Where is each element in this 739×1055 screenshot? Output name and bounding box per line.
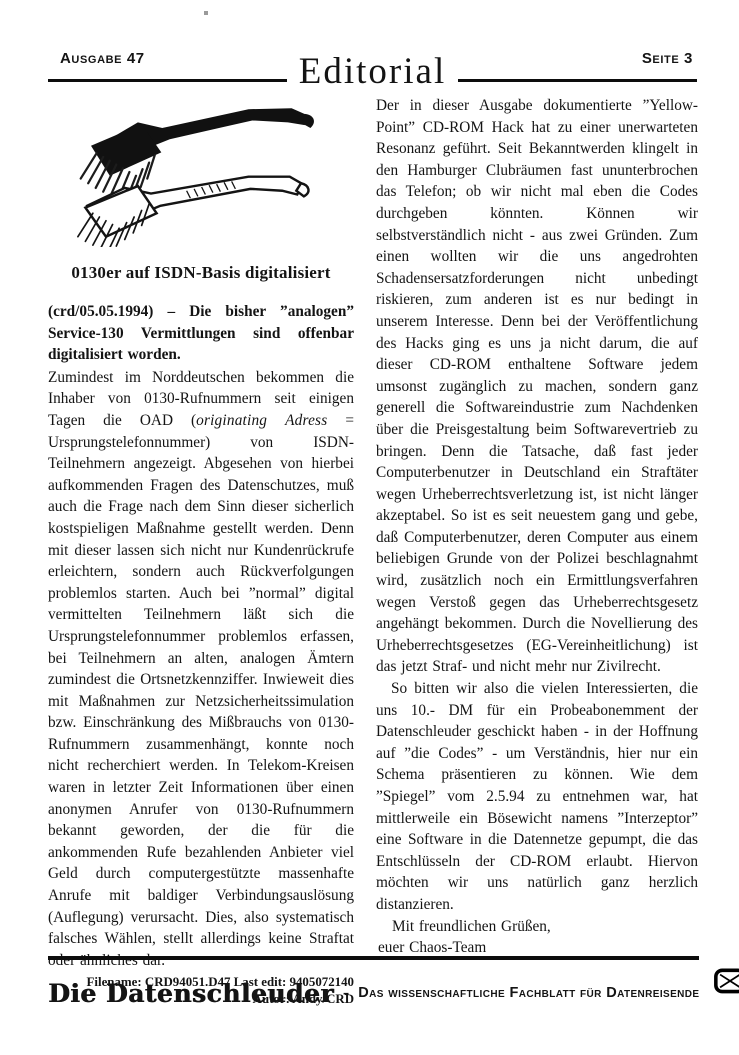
- editorial-paragraph-2: So bitten wir also die vielen Interessie…: [376, 678, 698, 916]
- header-rule-left: Ausgabe 47: [48, 46, 287, 82]
- editorial-paragraph-1: Der in dieser Ausgabe dokumentierte ”Yel…: [376, 95, 698, 678]
- page-footer: Die Datenschleuder - Das wissenschaftlic…: [48, 956, 699, 1022]
- article-lede: (crd/05.05.1994) – Die bisher ”analogen”…: [48, 301, 354, 366]
- scrub-brushes-image: [50, 97, 342, 247]
- left-column: 0130er auf ISDN-Basis digitalisiert (crd…: [48, 95, 354, 1008]
- closing-greeting: Mit freundlichen Grüßen,: [376, 916, 698, 938]
- page-title: Editorial: [287, 54, 458, 90]
- right-column: Der in dieser Ausgabe dokumentierte ”Yel…: [376, 95, 698, 1008]
- footer-separator: -: [343, 982, 349, 1004]
- header-rule-right: Seite 3: [458, 46, 697, 82]
- page-header: Ausgabe 47 Editorial Seite 3: [48, 46, 697, 82]
- footer-tagline: Das wissenschaftliche Fachblatt für Date…: [358, 985, 699, 1001]
- body-segment-italic: originating Adress: [196, 412, 327, 429]
- editorial-closing: Mit freundlichen Grüßen, euer Chaos-Team: [376, 916, 698, 959]
- article-headline: 0130er auf ISDN-Basis digitalisiert: [48, 263, 354, 283]
- magazine-page: Ausgabe 47 Editorial Seite 3: [0, 0, 739, 1055]
- article-body-left: Zumindest im Norddeutschen bekommen die …: [48, 367, 354, 972]
- scan-artifact-dot: [204, 11, 208, 15]
- slingshot-hand-icon: [713, 964, 739, 1022]
- issue-label: Ausgabe 47: [60, 50, 145, 67]
- body-segment-post: = Ursprungstelefonnummer) von ISDN-Teiln…: [48, 412, 354, 969]
- footer-magazine-title: Die Datenschleuder: [48, 979, 334, 1008]
- light-brush-illustration: [78, 177, 309, 247]
- article-columns: 0130er auf ISDN-Basis digitalisiert (crd…: [48, 95, 698, 1008]
- page-number-label: Seite 3: [642, 50, 693, 67]
